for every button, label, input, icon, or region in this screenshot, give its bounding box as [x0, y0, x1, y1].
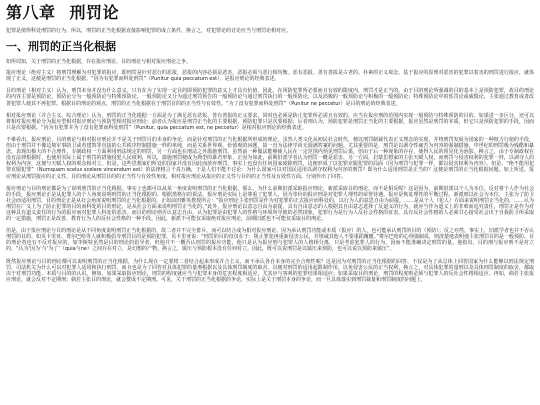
- paragraph-retributive: 报应刑论（绝对主义）将刑罚理解为对犯罪的报应，即刑罚是针对恶行的恶报，恶报的内容…: [6, 70, 534, 82]
- paragraph-combination: 但是，由于报应刑论与目的刑论是从不同角度说明刑罚正当化根据的，故二者并不完全排斥…: [6, 228, 534, 252]
- paragraph-schools: 报应刑论与目的刑论都是为了说明刑罚的正当化根据。事实上也都可以从某一角度说明刑罚…: [6, 186, 534, 223]
- section-lead: 如所周知，关于刑罚的正当化根据，存在报应刑论、目的刑论与相对报应刑论之争。: [6, 59, 534, 65]
- section-title: 一、刑罚的正当化根据: [6, 40, 534, 54]
- document-page: 第八章刑罚论 犯罪是值得科处刑罚的行为，所以，刑罚的正当化根据直接影响犯罪的成立…: [0, 0, 540, 283]
- chapter-intro: 犯罪是值得科处刑罚的行为，所以，刑罚的正当化根据直接影响犯罪的成立条件，换言之，…: [6, 28, 534, 34]
- chapter-heading: 第八章刑罚论: [6, 3, 534, 23]
- paragraph-analysis: 不难看出，报应刑论、目的刑论与相对报应刑论并不是关于刑罚目的本身的争论，而是针对…: [6, 137, 534, 180]
- paragraph-purpose: 目的刑论（相对主义）认为，刑罚本身并没有什么意义，只有在为了实现一定目的即预防犯…: [6, 88, 534, 106]
- paragraph-relative: 相对报应刑论（并合主义、综合理论）认为，刑罚的正当化根据一方面是为了满足恶有恶报…: [6, 113, 534, 131]
- chapter-title: 刑罚论: [70, 3, 120, 22]
- paragraph-unification: 既然报应刑论与目的刑论都可以说明刑罚的正当化根据，为什么现在一定要将二者结合起来…: [6, 259, 534, 283]
- chapter-number: 第八章: [6, 3, 56, 22]
